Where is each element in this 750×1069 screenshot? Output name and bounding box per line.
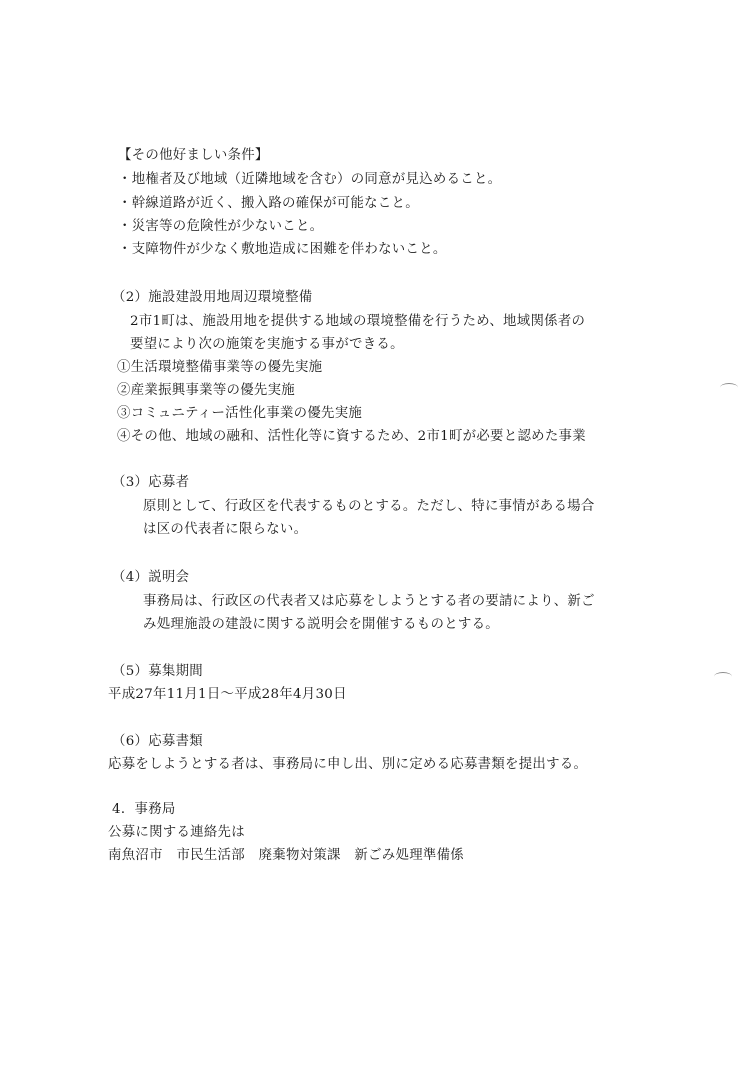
condition-bullet: ・幹線道路が近く、搬入路の確保が可能なこと。 (118, 196, 419, 212)
section-5-heading: （5）募集期間 (112, 664, 203, 680)
recruitment-period: 平成27年11月1日～平成28年4月30日 (108, 687, 347, 703)
section-3-paragraph: は区の代表者に限らない。 (143, 522, 307, 538)
section-3-heading: （3）応募者 (112, 475, 189, 491)
section-4-paragraph: み処理施設の建設に関する説明会を開催するものとする。 (143, 617, 499, 633)
condition-bullet: ・支障物件が少なく敷地造成に困難を伴わないこと。 (118, 242, 447, 258)
conditions-heading: 【その他好ましい条件】 (118, 148, 269, 164)
section-6-heading: （6）応募書類 (112, 734, 203, 750)
secretariat-heading: 4．事務局 (112, 802, 176, 818)
section-3-paragraph: 原則として、行政区を代表するものとする。ただし、特に事情がある場合 (143, 499, 595, 515)
section-2-item: ②産業振興事業等の優先実施 (117, 383, 295, 399)
section-2-item: ①生活環境整備事業等の優先実施 (117, 360, 322, 376)
section-2-heading: （2）施設建設用地周辺環境整備 (112, 290, 313, 306)
scan-mark (720, 383, 738, 392)
condition-bullet: ・地権者及び地域（近隣地域を含む）の同意が見込めること。 (118, 172, 501, 188)
section-6-text: 応募をしようとする者は、事務局に申し出、別に定める応募書類を提出する。 (108, 757, 587, 773)
contact-intro: 公募に関する連絡先は (108, 825, 245, 841)
section-2-paragraph: 2市1町は、施設用地を提供する地域の環境整備を行うため、地域関係者の (130, 314, 585, 330)
section-2-item: ④その他、地域の融和、活性化等に資するため、2市1町が必要と認めた事業 (117, 429, 586, 445)
contact-department: 南魚沼市 市民生活部 廃棄物対策課 新ごみ処理準備係 (108, 848, 464, 864)
section-2-item: ③コミュニティー活性化事業の優先実施 (117, 406, 362, 422)
section-4-heading: （4）説明会 (112, 570, 189, 586)
section-4-paragraph: 事務局は、行政区の代表者又は応募をしようとする者の要請により、新ご (143, 594, 595, 610)
condition-bullet: ・災害等の危険性が少ないこと。 (118, 219, 323, 235)
scan-mark (714, 672, 732, 681)
section-2-paragraph: 要望により次の施策を実施する事ができる。 (130, 337, 404, 353)
